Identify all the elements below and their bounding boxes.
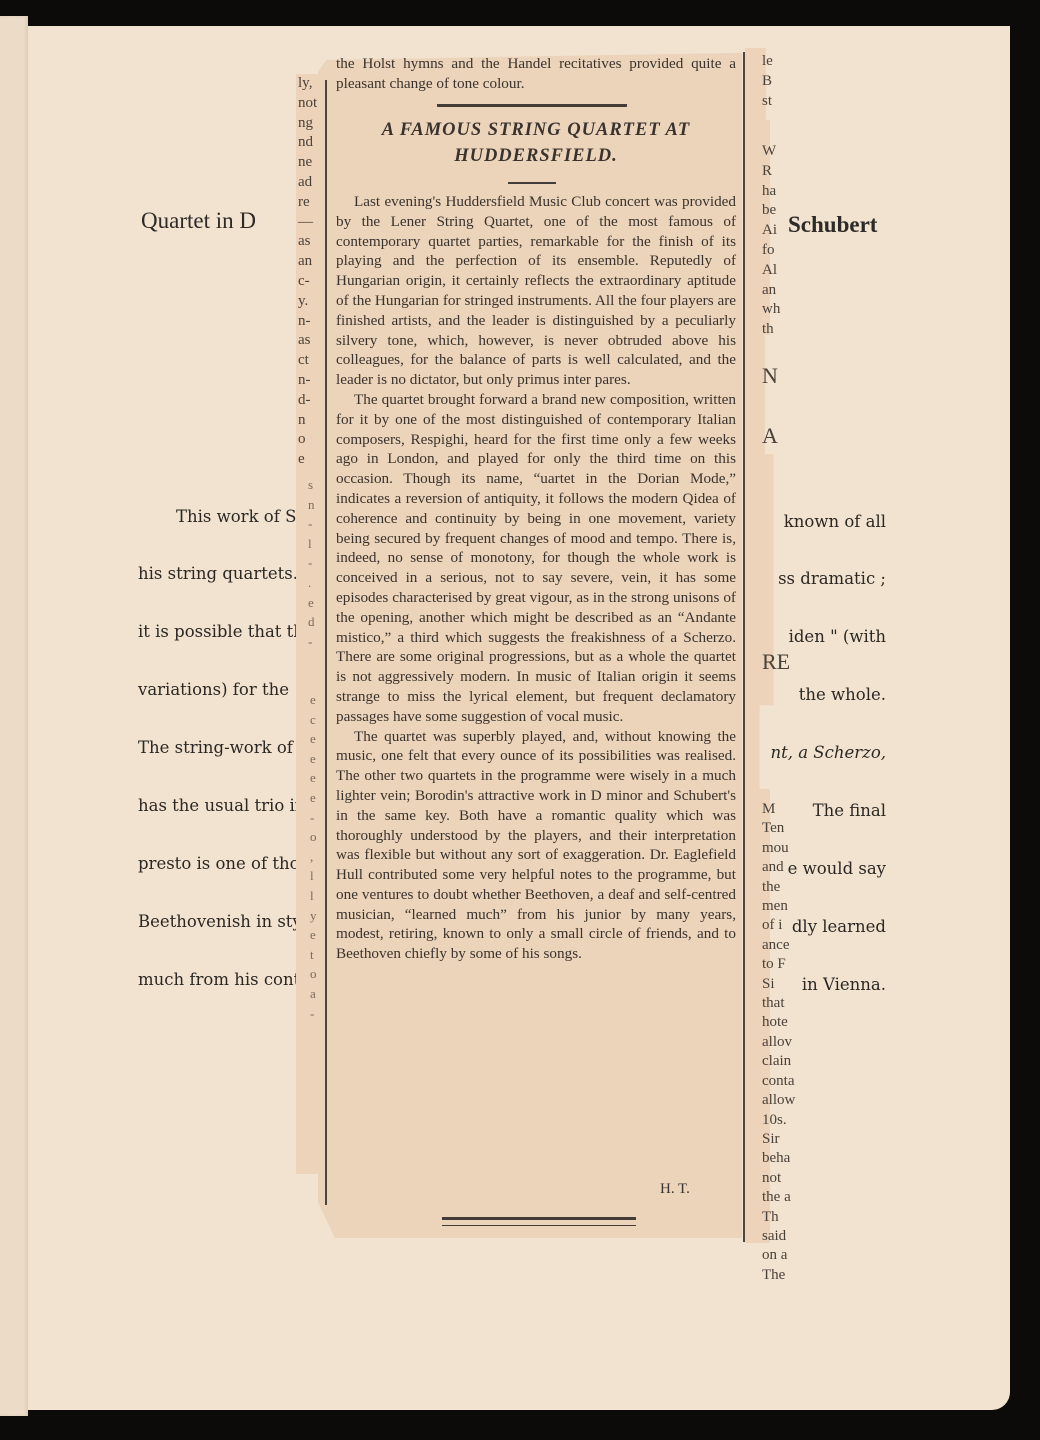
divider-rule-short [508, 182, 556, 184]
column-rule-right [743, 52, 745, 1242]
book-line: The string-work of [138, 738, 305, 757]
book-text-left: This work of S his string quartets. it i… [138, 468, 305, 1008]
strip-right-heads: N A [762, 346, 778, 466]
article-paragraph: Last evening's Huddersfield Music Club c… [336, 192, 736, 390]
book-line: This work of S [138, 507, 305, 526]
book-line: iden " (with [770, 627, 886, 646]
column-rule-left [325, 80, 327, 1205]
book-line: has the usual trio in [138, 796, 305, 815]
page-heading-right: Schubert [788, 212, 877, 238]
book-line: Beethovenish in sty [138, 912, 305, 931]
headline-line-2: HUDDERSFIELD. [336, 143, 736, 169]
strip-right-fragments-bottom: M Ten mou and the men of i ance to F Si … [762, 800, 795, 1285]
article-body: Last evening's Huddersfield Music Club c… [336, 192, 736, 964]
book-line: his string quartets. [138, 564, 305, 583]
book-line: known of all [770, 512, 886, 531]
strip-right-fragments-mid: W R ha be Ai fo Al an wh th [762, 142, 780, 340]
strip-right-re: RE [762, 652, 790, 672]
book-spine [0, 16, 28, 1416]
article-paragraph: The quartet was superbly played, and, wi… [336, 727, 736, 965]
book-line: the whole. [770, 685, 886, 704]
book-line: much from his cont [138, 970, 305, 989]
clipping-intro-text: the Holst hymns and the Handel recitativ… [336, 54, 736, 94]
end-rule-thin [442, 1225, 636, 1226]
article-headline: A FAMOUS STRING QUARTET AT HUDDERSFIELD. [336, 117, 736, 169]
book-line: nt, a Scherzo, [770, 743, 886, 762]
book-line: presto is one of tho [138, 854, 305, 873]
end-rule-thick [442, 1217, 636, 1220]
book-line: it is possible that th [138, 622, 305, 641]
book-line: variations) for the [138, 680, 305, 699]
page-heading-left: Quartet in D [141, 208, 256, 234]
headline-line-1: A FAMOUS STRING QUARTET AT [336, 117, 736, 143]
article-paragraph: The quartet brought forward a brand new … [336, 390, 736, 727]
book-line: ss dramatic ; [770, 569, 886, 588]
strip-left-fragments-mid: s n - l - . e d - [308, 475, 315, 651]
strip-left-fragments-bottom: e c e e e e - o , l l y e t o a - [310, 690, 317, 1023]
divider-rule [437, 104, 627, 107]
strip-right-fragments-top: le B st [762, 52, 773, 111]
strip-left-fragments-top: ly, not ng nd ne ad re — as an c- y. n- … [298, 74, 317, 470]
article-signature: H. T. [660, 1181, 690, 1198]
